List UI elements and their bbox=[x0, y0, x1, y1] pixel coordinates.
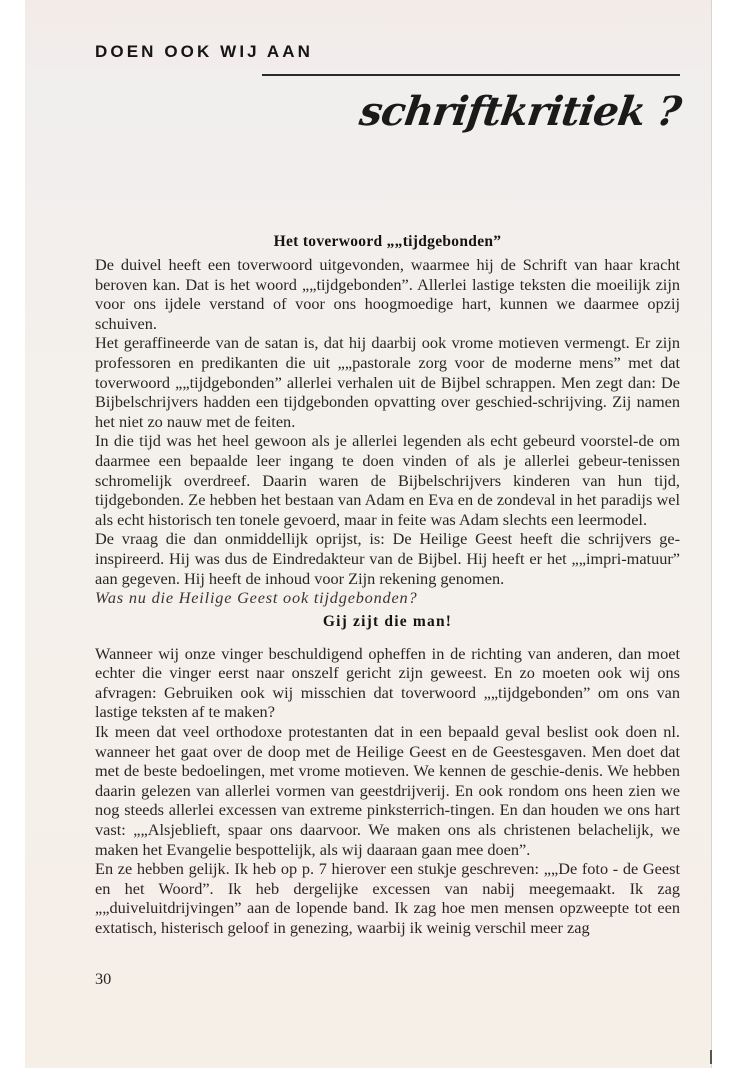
paragraph: En ze hebben gelijk. Ik heb op p. 7 hier… bbox=[95, 859, 680, 937]
section-heading: Het toverwoord „„tijdgebonden” bbox=[95, 232, 680, 252]
paragraph: In die tijd was het heel gewoon als je a… bbox=[95, 431, 680, 529]
section-heading: Gij zijt die man! bbox=[95, 612, 680, 632]
paragraph: Het geraffineerde van de satan is, dat h… bbox=[95, 333, 680, 431]
article-title: schriftkritiek ? bbox=[357, 88, 684, 135]
italic-question: Was nu die Heilige Geest ook tijdgebonde… bbox=[95, 588, 680, 608]
article-kicker: DOEN OOK WIJ AAN bbox=[95, 42, 313, 62]
header-rule bbox=[262, 74, 680, 76]
paragraph: Ik meen dat veel orthodoxe protestanten … bbox=[95, 722, 680, 859]
article-body: Het toverwoord „„tijdgebonden” De duivel… bbox=[95, 232, 680, 938]
edge-mark bbox=[710, 1050, 712, 1064]
page-edge bbox=[711, 0, 712, 1068]
paragraph: De duivel heeft een toverwoord uitgevond… bbox=[95, 255, 680, 333]
page-number: 30 bbox=[95, 969, 111, 989]
paragraph: Wanneer wij onze vinger beschuldigend op… bbox=[95, 644, 680, 722]
paragraph: De vraag die dan onmiddellijk oprijst, i… bbox=[95, 529, 680, 588]
